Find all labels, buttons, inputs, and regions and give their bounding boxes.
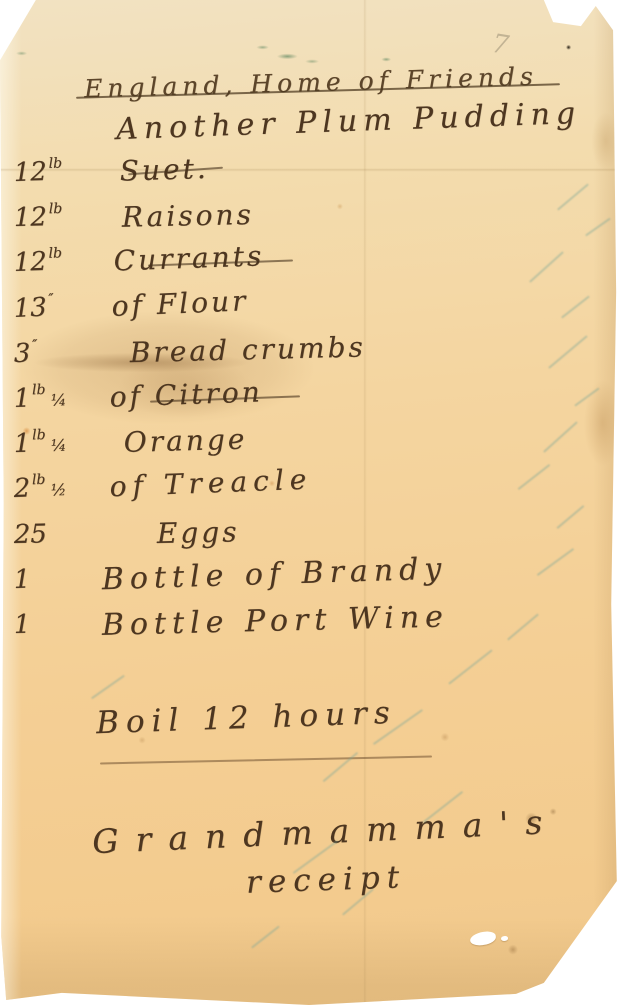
ingredient-name: Raisons [122,198,255,234]
manuscript-scan: 7 England, Home of Friends Another Plum … [0,0,618,1007]
ingredient-fraction: ½ [50,480,66,500]
ingredient-unit: lb [32,472,46,489]
ingredient-quantity: 1 [13,562,102,595]
ingredient-quantity: 2lb½ [13,471,102,504]
ingredient-unit: lb [32,428,46,444]
ingredient-name: of Citron [109,375,263,413]
ingredient-unit [32,563,33,579]
ingredient-fraction [67,255,68,274]
ingredient-unit: lb [48,246,62,262]
attribution-line-2: receipt [245,859,406,901]
ingredient-unit: lb [32,382,46,398]
cooking-instruction: Boil 12 hours [95,695,397,741]
ingredient-amount: 2 [13,474,31,505]
bleed-through-stroke [91,675,125,700]
ingredient-name: Eggs [156,515,239,550]
ingredient-fraction: ¼ [50,390,66,410]
ingredient-quantity: 12lb [13,245,102,278]
ingredient-quantity: 12lb [14,201,103,233]
ingredient-unit: lb [48,156,62,172]
ingredient-name: of Treacle [109,463,313,504]
ingredient-list: 12lb Suet. 12lb Raisons 12lb Currants 13… [14,158,604,655]
paper-hole [501,936,508,941]
ingredient-name: Bottle Port Wine [101,599,449,642]
ingredient-fraction: ¼ [51,436,67,455]
pencil-page-mark: 7 [490,29,511,61]
ingredient-amount: 1 [13,429,30,459]
ingredient-amount: 1 [13,564,30,595]
ingredient-amount: 12 [13,157,47,188]
ingredient-amount: 1 [13,383,31,414]
paper-hole [469,930,497,946]
ingredient-unit: ″ [48,291,54,307]
ingredient-fraction [67,164,68,183]
ingredient-amount: 3 [13,338,30,368]
crossed-out-heading: England, Home of Friends [84,62,538,104]
ingredient-name: Orange [123,423,247,459]
ingredient-name: Currants [113,240,265,278]
ingredient-quantity: 1lb¼ [13,381,102,414]
ingredient-quantity: 25 [14,518,103,550]
ingredient-amount: 12 [14,202,48,233]
ingredient-name: of Flour [111,284,249,323]
ingredient-quantity: 13″ [13,290,102,324]
ingredient-amount: 12 [13,247,47,278]
bleed-through-stroke [323,752,359,783]
ingredient-quantity: 12lb [13,155,102,188]
ingredient-fraction [59,300,60,319]
ingredient-unit: ″ [32,338,38,354]
ingredient-unit: lb [49,202,63,218]
recipe-title: Another Plum Pudding [116,96,582,147]
ingredient-amount: 1 [13,609,30,639]
ingredient-quantity: 1 [13,608,102,640]
ingredient-amount: 13 [13,292,47,323]
ingredient-quantity: 1lb¼ [13,427,102,459]
ingredient-fraction [37,572,38,591]
bleed-through-stroke [251,925,280,948]
attribution-line-1: Grandmamma's [91,802,560,861]
ingredient-name: Bread crumbs [129,330,366,369]
underline-rule [100,756,432,765]
aged-paper-sheet: 7 England, Home of Friends Another Plum … [0,0,618,1007]
ingredient-quantity: 3″ [13,337,102,369]
ingredient-amount: 25 [14,519,48,550]
